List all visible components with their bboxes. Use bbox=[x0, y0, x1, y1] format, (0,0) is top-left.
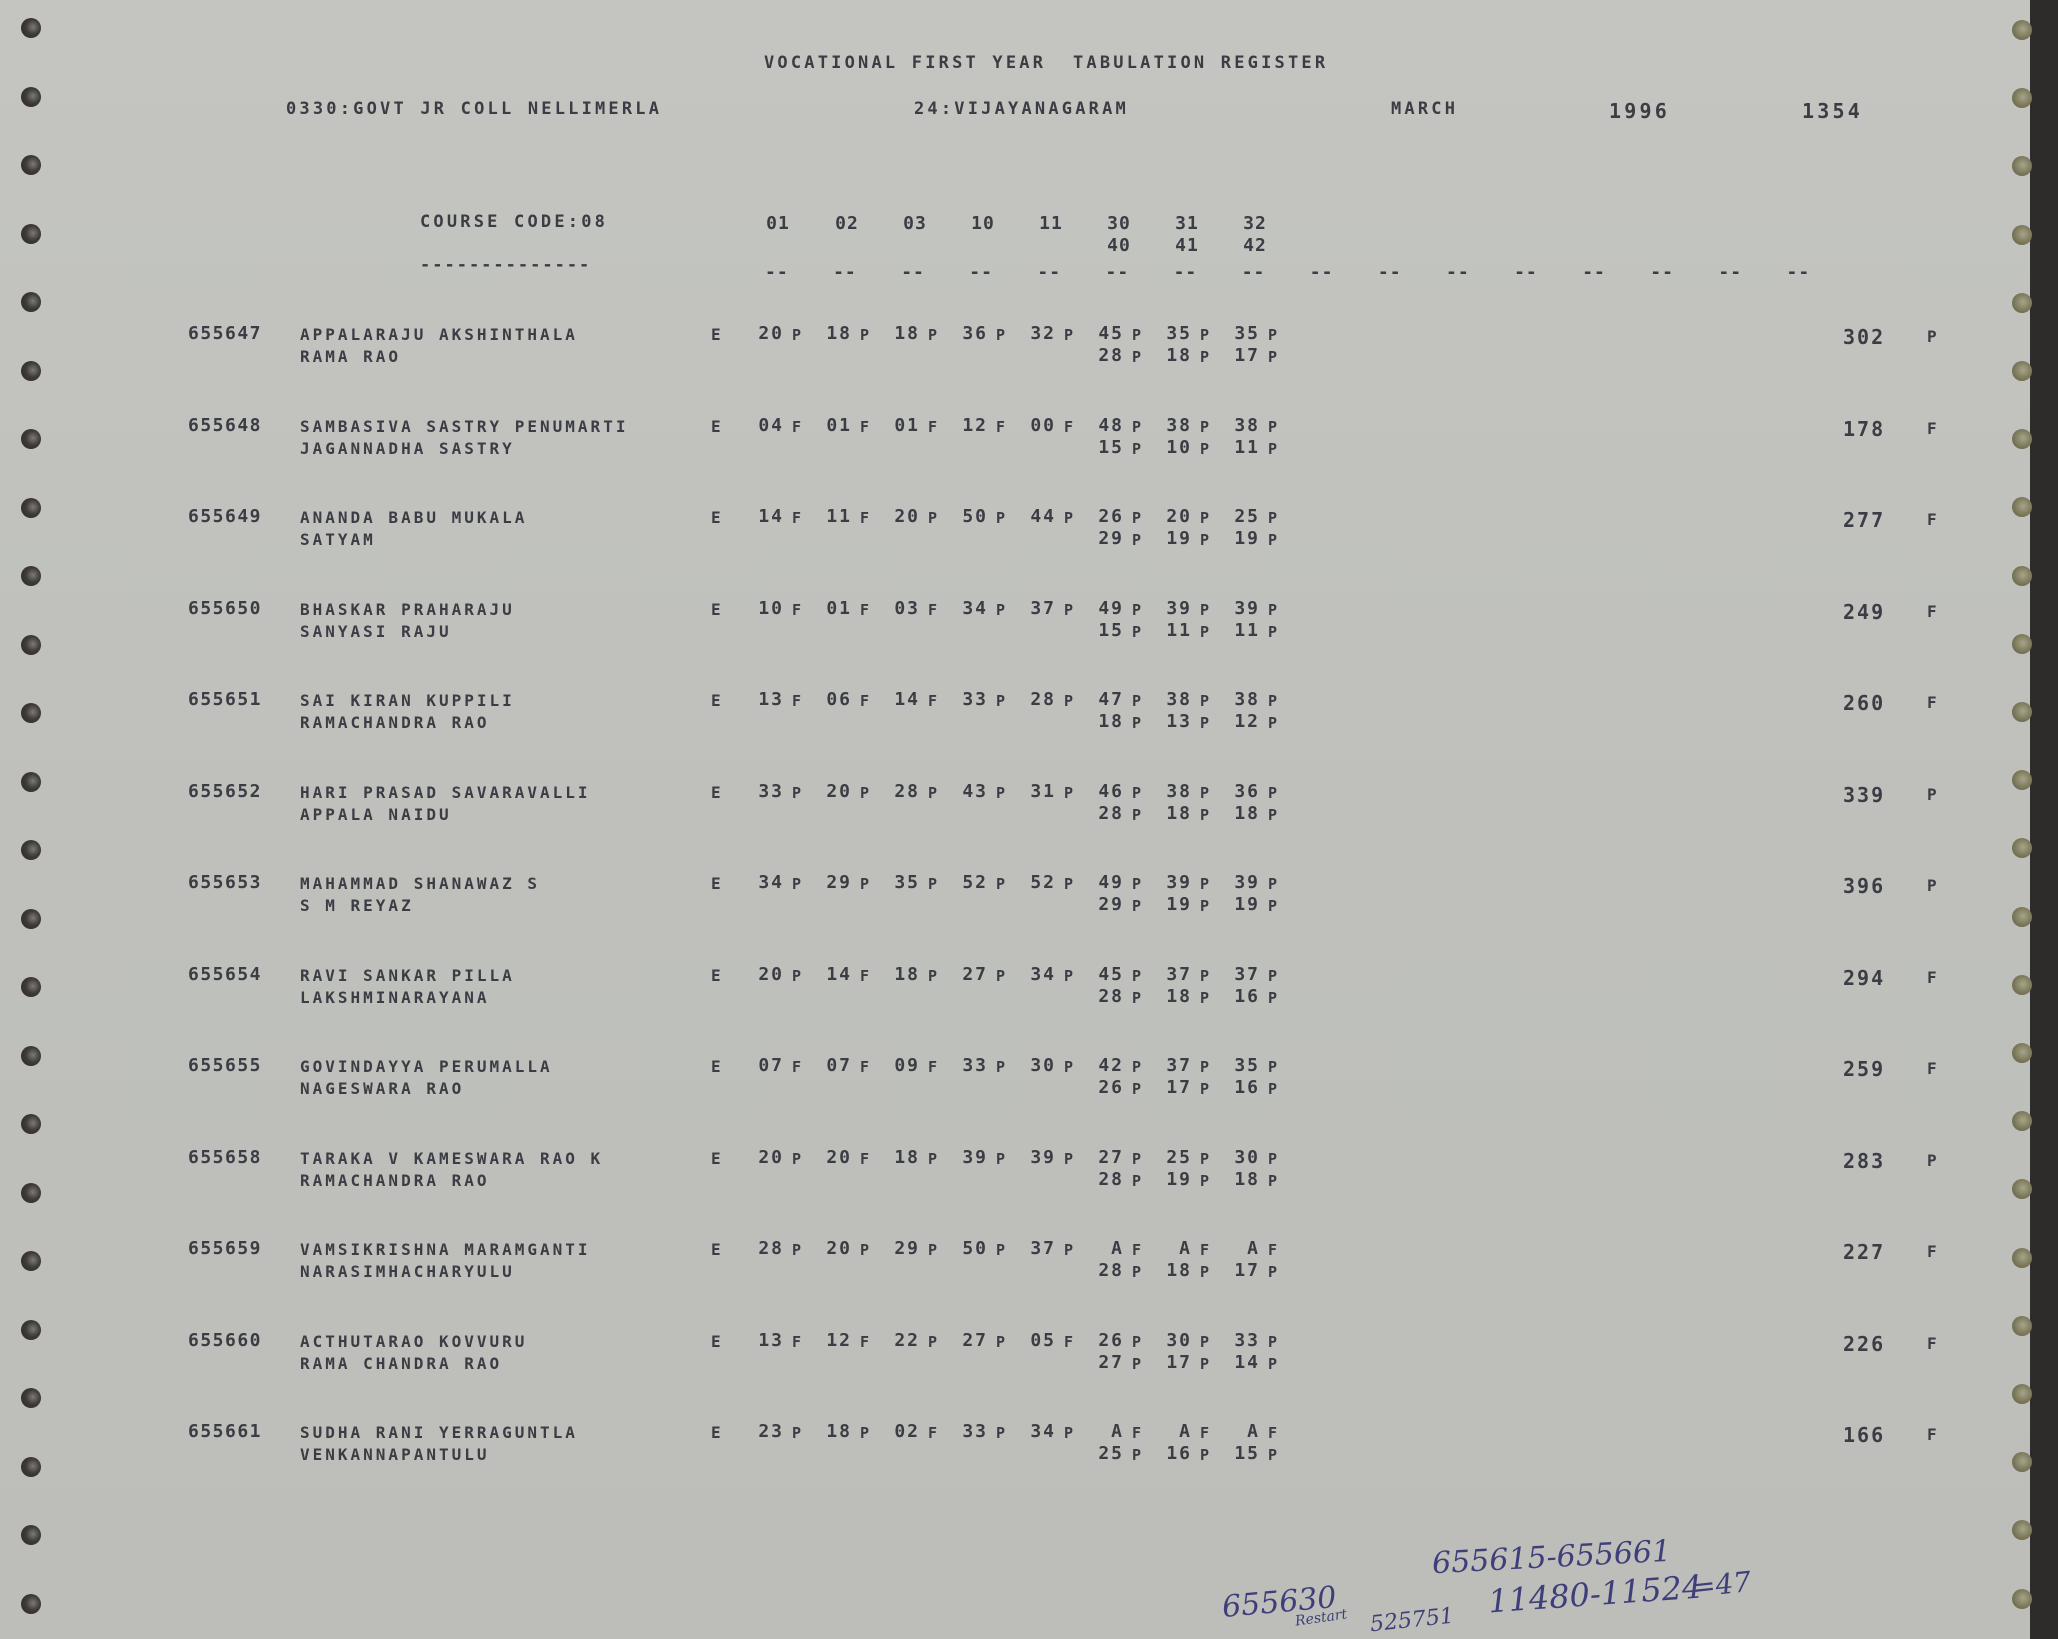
subject-status: F bbox=[1200, 1424, 1209, 1442]
subject-status: P bbox=[792, 1424, 801, 1442]
student-name: VAMSIKRISHNA MARAMGANTI bbox=[300, 1240, 591, 1259]
subject-mark-second: 19 bbox=[1156, 1169, 1192, 1190]
subject-mark-second: 16 bbox=[1156, 1443, 1192, 1464]
punch-hole-icon bbox=[2012, 566, 2032, 586]
subject-mark-second: 16 bbox=[1224, 986, 1260, 1007]
subject-status: P bbox=[1064, 601, 1073, 619]
subject-status: P bbox=[860, 1424, 869, 1442]
total-marks: 227 bbox=[1843, 1240, 1885, 1264]
total-marks: 260 bbox=[1843, 691, 1885, 715]
subject-status-second: P bbox=[1268, 348, 1277, 366]
subject-status-second: P bbox=[1268, 1172, 1277, 1190]
punch-hole-icon bbox=[21, 566, 41, 586]
subject-mark: 43 bbox=[952, 781, 988, 802]
subject-status: F bbox=[792, 1058, 801, 1076]
subject-mark-second: 15 bbox=[1088, 620, 1124, 641]
subject-status: P bbox=[1200, 509, 1209, 527]
parent-name: RAMACHANDRA RAO bbox=[300, 1171, 490, 1190]
roll-number: 655655 bbox=[188, 1055, 262, 1076]
subject-status: P bbox=[1064, 326, 1073, 344]
subject-status: F bbox=[1132, 1424, 1141, 1442]
column-separator-dash: -- bbox=[1037, 262, 1061, 283]
subject-status: P bbox=[1132, 601, 1141, 619]
subject-mark: 20 bbox=[748, 964, 784, 985]
student-row: 655651SAI KIRAN KUPPILIRAMACHANDRA RAOE1… bbox=[0, 689, 2030, 749]
subject-status-second: P bbox=[1132, 1172, 1141, 1190]
student-name: TARAKA V KAMESWARA RAO K bbox=[300, 1149, 603, 1168]
subject-status: P bbox=[792, 1150, 801, 1168]
subject-mark: 36 bbox=[1224, 781, 1260, 802]
subject-status: P bbox=[1200, 1333, 1209, 1351]
subject-mark: 47 bbox=[1088, 689, 1124, 710]
subject-mark-second: 18 bbox=[1156, 345, 1192, 366]
subject-mark: 32 bbox=[1020, 323, 1056, 344]
subject-status: F bbox=[928, 601, 937, 619]
subject-status: F bbox=[928, 1424, 937, 1442]
subject-mark: 01 bbox=[816, 598, 852, 619]
subject-mark-second: 16 bbox=[1224, 1077, 1260, 1098]
subject-mark-second: 19 bbox=[1224, 894, 1260, 915]
result-status: F bbox=[1927, 419, 1937, 438]
student-name: SAI KIRAN KUPPILI bbox=[300, 691, 515, 710]
subject-mark: A bbox=[1156, 1238, 1192, 1259]
student-name: APPALARAJU AKSHINTHALA bbox=[300, 325, 578, 344]
column-separator-dash: -- bbox=[1106, 262, 1130, 283]
subject-status: F bbox=[928, 418, 937, 436]
subject-mark: 18 bbox=[884, 323, 920, 344]
subject-status-second: P bbox=[1132, 714, 1141, 732]
punch-hole-icon bbox=[21, 155, 41, 175]
result-status: F bbox=[1927, 1242, 1937, 1261]
column-separator-dash: -- bbox=[1787, 262, 1811, 283]
subject-status: P bbox=[996, 1150, 1005, 1168]
exam-month: MARCH bbox=[1391, 99, 1458, 119]
subject-status: F bbox=[1064, 1333, 1073, 1351]
subject-mark-second: 28 bbox=[1088, 803, 1124, 824]
subject-mark-second: 11 bbox=[1224, 620, 1260, 641]
student-name: ANANDA BABU MUKALA bbox=[300, 508, 527, 527]
subject-status-second: P bbox=[1132, 806, 1141, 824]
column-separator-dash: -- bbox=[833, 262, 857, 283]
roll-number: 655652 bbox=[188, 781, 262, 802]
subject-status: F bbox=[1132, 1241, 1141, 1259]
course-code-underline: -------------- bbox=[420, 255, 591, 275]
student-row: 655660ACTHUTARAO KOVVURURAMA CHANDRA RAO… bbox=[0, 1330, 2030, 1390]
subject-status: P bbox=[928, 1150, 937, 1168]
subject-status: P bbox=[860, 875, 869, 893]
subject-status-second: P bbox=[1200, 348, 1209, 366]
subject-mark-second: 11 bbox=[1156, 620, 1192, 641]
subject-mark: 12 bbox=[816, 1330, 852, 1351]
subject-status: P bbox=[1064, 1150, 1073, 1168]
student-name: BHASKAR PRAHARAJU bbox=[300, 600, 515, 619]
subject-status: P bbox=[996, 601, 1005, 619]
exam-type: E bbox=[711, 1423, 721, 1442]
column-separator-dash: -- bbox=[901, 262, 925, 283]
subject-code-second-line: 42 bbox=[1235, 235, 1275, 256]
subject-mark: 39 bbox=[1020, 1147, 1056, 1168]
subject-mark-second: 14 bbox=[1224, 1352, 1260, 1373]
subject-mark: 34 bbox=[748, 872, 784, 893]
subject-mark-second: 18 bbox=[1156, 986, 1192, 1007]
subject-mark: 39 bbox=[1156, 872, 1192, 893]
subject-status: P bbox=[1064, 1424, 1073, 1442]
subject-mark: 33 bbox=[748, 781, 784, 802]
subject-mark-second: 27 bbox=[1088, 1352, 1124, 1373]
subject-mark: 26 bbox=[1088, 1330, 1124, 1351]
subject-mark: 49 bbox=[1088, 872, 1124, 893]
column-separator-dash: -- bbox=[1242, 262, 1266, 283]
exam-year: 1996 bbox=[1609, 99, 1670, 123]
subject-status: P bbox=[1132, 784, 1141, 802]
result-status: P bbox=[1927, 876, 1937, 895]
subject-mark-second: 15 bbox=[1088, 437, 1124, 458]
student-name: ACTHUTARAO KOVVURU bbox=[300, 1332, 527, 1351]
subject-mark-second: 11 bbox=[1224, 437, 1260, 458]
subject-status-second: P bbox=[1268, 897, 1277, 915]
subject-mark-second: 17 bbox=[1224, 345, 1260, 366]
subject-status: P bbox=[1200, 326, 1209, 344]
subject-status: F bbox=[928, 692, 937, 710]
subject-mark-second: 19 bbox=[1224, 528, 1260, 549]
subject-status: P bbox=[792, 1241, 801, 1259]
exam-type: E bbox=[711, 1057, 721, 1076]
subject-mark: 35 bbox=[1156, 323, 1192, 344]
subject-status: P bbox=[996, 326, 1005, 344]
subject-status: F bbox=[996, 418, 1005, 436]
result-status: F bbox=[1927, 510, 1937, 529]
student-row: 655647APPALARAJU AKSHINTHALARAMA RAOE20P… bbox=[0, 323, 2030, 383]
subject-status: F bbox=[860, 1150, 869, 1168]
total-marks: 249 bbox=[1843, 600, 1885, 624]
subject-mark: 34 bbox=[1020, 964, 1056, 985]
exam-type: E bbox=[711, 325, 721, 344]
subject-mark: 50 bbox=[952, 1238, 988, 1259]
subject-status: P bbox=[1200, 418, 1209, 436]
subject-status-second: P bbox=[1200, 714, 1209, 732]
subject-status: P bbox=[1268, 784, 1277, 802]
subject-code-second-line: 41 bbox=[1167, 235, 1207, 256]
subject-status-second: P bbox=[1132, 897, 1141, 915]
subject-mark: 35 bbox=[884, 872, 920, 893]
subject-mark: 20 bbox=[816, 1147, 852, 1168]
subject-status: P bbox=[1064, 1241, 1073, 1259]
subject-mark: 07 bbox=[816, 1055, 852, 1076]
subject-mark: 18 bbox=[816, 323, 852, 344]
page-number: 1354 bbox=[1802, 99, 1863, 123]
subject-status-second: P bbox=[1132, 1446, 1141, 1464]
punch-hole-icon bbox=[21, 292, 41, 312]
subject-mark: 05 bbox=[1020, 1330, 1056, 1351]
punch-hole-icon bbox=[21, 1388, 41, 1408]
college-name: 0330:GOVT JR COLL NELLIMERLA bbox=[286, 99, 662, 119]
subject-mark: 38 bbox=[1224, 415, 1260, 436]
subject-mark-second: 12 bbox=[1224, 711, 1260, 732]
parent-name: RAMA CHANDRA RAO bbox=[300, 1354, 502, 1373]
result-status: F bbox=[1927, 968, 1937, 987]
punch-hole-icon bbox=[2012, 225, 2032, 245]
subject-status: F bbox=[860, 509, 869, 527]
subject-status-second: P bbox=[1200, 1446, 1209, 1464]
result-status: P bbox=[1927, 1151, 1937, 1170]
roll-number: 655661 bbox=[188, 1421, 262, 1442]
exam-type: E bbox=[711, 508, 721, 527]
subject-mark: 34 bbox=[952, 598, 988, 619]
subject-mark-second: 10 bbox=[1156, 437, 1192, 458]
subject-mark: 35 bbox=[1224, 323, 1260, 344]
subject-status: F bbox=[792, 601, 801, 619]
roll-number: 655654 bbox=[188, 964, 262, 985]
subject-status-second: P bbox=[1200, 1172, 1209, 1190]
subject-mark-second: 29 bbox=[1088, 528, 1124, 549]
subject-status-second: P bbox=[1200, 1355, 1209, 1373]
punch-hole-icon bbox=[21, 87, 41, 107]
subject-status-second: P bbox=[1268, 1355, 1277, 1373]
subject-mark-second: 18 bbox=[1088, 711, 1124, 732]
column-separator-dash: -- bbox=[765, 262, 789, 283]
result-status: F bbox=[1927, 602, 1937, 621]
subject-mark-second: 28 bbox=[1088, 1260, 1124, 1281]
student-row: 655654RAVI SANKAR PILLALAKSHMINARAYANAE2… bbox=[0, 964, 2030, 1024]
subject-status: P bbox=[1200, 1058, 1209, 1076]
subject-mark-second: 17 bbox=[1156, 1352, 1192, 1373]
subject-code: 03 bbox=[895, 213, 935, 234]
subject-status: F bbox=[860, 1333, 869, 1351]
subject-status: F bbox=[860, 1058, 869, 1076]
punch-hole-icon bbox=[21, 1594, 41, 1614]
subject-status-second: P bbox=[1200, 1080, 1209, 1098]
subject-status: F bbox=[1268, 1424, 1277, 1442]
subject-status: P bbox=[928, 967, 937, 985]
subject-mark: 18 bbox=[816, 1421, 852, 1442]
subject-mark: 22 bbox=[884, 1330, 920, 1351]
subject-status-second: P bbox=[1200, 989, 1209, 1007]
subject-mark: 20 bbox=[748, 1147, 784, 1168]
subject-status: P bbox=[1200, 692, 1209, 710]
punch-hole-icon bbox=[2012, 1589, 2032, 1609]
roll-number: 655658 bbox=[188, 1147, 262, 1168]
roll-number: 655651 bbox=[188, 689, 262, 710]
subject-mark: 39 bbox=[952, 1147, 988, 1168]
subject-mark: 37 bbox=[1156, 964, 1192, 985]
subject-mark: 28 bbox=[1020, 689, 1056, 710]
subject-mark: 20 bbox=[1156, 506, 1192, 527]
subject-status: P bbox=[1268, 1333, 1277, 1351]
subject-mark-second: 18 bbox=[1156, 803, 1192, 824]
subject-status: P bbox=[996, 784, 1005, 802]
result-status: F bbox=[1927, 693, 1937, 712]
student-row: 655655GOVINDAYYA PERUMALLANAGESWARA RAOE… bbox=[0, 1055, 2030, 1115]
subject-mark: 26 bbox=[1088, 506, 1124, 527]
subject-mark: 44 bbox=[1020, 506, 1056, 527]
subject-status: P bbox=[1268, 692, 1277, 710]
subject-status-second: P bbox=[1132, 623, 1141, 641]
result-status: P bbox=[1927, 327, 1937, 346]
exam-type: E bbox=[711, 1332, 721, 1351]
subject-mark: 33 bbox=[952, 1055, 988, 1076]
subject-status: P bbox=[860, 326, 869, 344]
subject-status: P bbox=[860, 784, 869, 802]
subject-status: P bbox=[1132, 1150, 1141, 1168]
subject-status: P bbox=[1132, 967, 1141, 985]
result-status: F bbox=[1927, 1425, 1937, 1444]
subject-mark: 01 bbox=[816, 415, 852, 436]
subject-mark: 30 bbox=[1224, 1147, 1260, 1168]
subject-status-second: P bbox=[1200, 897, 1209, 915]
column-separator-dash: -- bbox=[969, 262, 993, 283]
subject-mark: 37 bbox=[1224, 964, 1260, 985]
subject-status: F bbox=[792, 692, 801, 710]
subject-mark: 38 bbox=[1156, 415, 1192, 436]
parent-name: APPALA NAIDU bbox=[300, 805, 452, 824]
subject-status: P bbox=[996, 1058, 1005, 1076]
subject-status-second: P bbox=[1132, 989, 1141, 1007]
subject-status: P bbox=[1132, 692, 1141, 710]
subject-mark: 06 bbox=[816, 689, 852, 710]
subject-code: 30 bbox=[1099, 213, 1139, 234]
total-marks: 283 bbox=[1843, 1149, 1885, 1173]
subject-mark: 07 bbox=[748, 1055, 784, 1076]
subject-status-second: P bbox=[1200, 440, 1209, 458]
subject-status-second: P bbox=[1268, 714, 1277, 732]
subject-mark-second: 19 bbox=[1156, 894, 1192, 915]
subject-status: F bbox=[860, 692, 869, 710]
subject-status: P bbox=[1064, 509, 1073, 527]
punch-hole-icon bbox=[2012, 20, 2032, 40]
exam-type: E bbox=[711, 417, 721, 436]
column-separator-dash: -- bbox=[1310, 262, 1334, 283]
subject-status: P bbox=[1064, 1058, 1073, 1076]
subject-mark: 49 bbox=[1088, 598, 1124, 619]
subject-mark: 37 bbox=[1156, 1055, 1192, 1076]
subject-mark-second: 18 bbox=[1224, 1169, 1260, 1190]
subject-mark: 28 bbox=[884, 781, 920, 802]
subject-mark-second: 29 bbox=[1088, 894, 1124, 915]
exam-type: E bbox=[711, 691, 721, 710]
subject-status: P bbox=[792, 784, 801, 802]
subject-status: P bbox=[928, 875, 937, 893]
parent-name: NARASIMHACHARYULU bbox=[300, 1262, 515, 1281]
total-marks: 302 bbox=[1843, 325, 1885, 349]
subject-mark: A bbox=[1088, 1421, 1124, 1442]
subject-mark: 34 bbox=[1020, 1421, 1056, 1442]
subject-mark: 39 bbox=[1224, 872, 1260, 893]
punch-hole-icon bbox=[21, 224, 41, 244]
punch-hole-icon bbox=[21, 840, 41, 860]
subject-status: P bbox=[928, 326, 937, 344]
subject-status: P bbox=[860, 1241, 869, 1259]
course-code-label: COURSE CODE:08 bbox=[420, 212, 608, 232]
subject-mark: 09 bbox=[884, 1055, 920, 1076]
total-marks: 259 bbox=[1843, 1057, 1885, 1081]
subject-mark: 10 bbox=[748, 598, 784, 619]
column-separator-dash: -- bbox=[1174, 262, 1198, 283]
student-row: 655650BHASKAR PRAHARAJUSANYASI RAJUE10F0… bbox=[0, 598, 2030, 658]
subject-status: P bbox=[928, 784, 937, 802]
parent-name: S M REYAZ bbox=[300, 896, 414, 915]
sheet-edge-shadow bbox=[2030, 0, 2058, 1639]
student-row: 655658TARAKA V KAMESWARA RAO KRAMACHANDR… bbox=[0, 1147, 2030, 1207]
subject-mark: 23 bbox=[748, 1421, 784, 1442]
column-separator-dash: -- bbox=[1650, 262, 1674, 283]
subject-code: 31 bbox=[1167, 213, 1207, 234]
subject-status-second: P bbox=[1268, 440, 1277, 458]
subject-status-second: P bbox=[1268, 623, 1277, 641]
subject-mark: 37 bbox=[1020, 1238, 1056, 1259]
subject-status: F bbox=[860, 418, 869, 436]
subject-status: P bbox=[1200, 1150, 1209, 1168]
subject-status: P bbox=[1268, 1150, 1277, 1168]
subject-status: F bbox=[1200, 1241, 1209, 1259]
punch-hole-icon bbox=[21, 1525, 41, 1545]
column-separator-dash: -- bbox=[1378, 262, 1402, 283]
subject-code-second-line: 40 bbox=[1099, 235, 1139, 256]
exam-type: E bbox=[711, 600, 721, 619]
subject-mark: 39 bbox=[1224, 598, 1260, 619]
subject-status: F bbox=[792, 418, 801, 436]
roll-number: 655659 bbox=[188, 1238, 262, 1259]
column-separator-dash: -- bbox=[1514, 262, 1538, 283]
subject-status: P bbox=[1064, 967, 1073, 985]
subject-status: P bbox=[1132, 418, 1141, 436]
subject-mark: 30 bbox=[1156, 1330, 1192, 1351]
subject-mark: 25 bbox=[1224, 506, 1260, 527]
subject-status: P bbox=[996, 1333, 1005, 1351]
subject-mark: 11 bbox=[816, 506, 852, 527]
subject-status-second: P bbox=[1268, 531, 1277, 549]
exam-type: E bbox=[711, 966, 721, 985]
subject-mark-second: 17 bbox=[1156, 1077, 1192, 1098]
student-name: SUDHA RANI YERRAGUNTLA bbox=[300, 1423, 578, 1442]
subject-mark: 00 bbox=[1020, 415, 1056, 436]
subject-status: P bbox=[1132, 1058, 1141, 1076]
subject-mark: 37 bbox=[1020, 598, 1056, 619]
subject-mark-second: 17 bbox=[1224, 1260, 1260, 1281]
student-row: 655652HARI PRASAD SAVARAVALLIAPPALA NAID… bbox=[0, 781, 2030, 841]
subject-status: F bbox=[860, 601, 869, 619]
subject-status: P bbox=[1268, 601, 1277, 619]
subject-mark: 29 bbox=[816, 872, 852, 893]
subject-mark: 27 bbox=[952, 1330, 988, 1351]
subject-mark-second: 26 bbox=[1088, 1077, 1124, 1098]
subject-status: P bbox=[1132, 326, 1141, 344]
total-marks: 396 bbox=[1843, 874, 1885, 898]
subject-mark-second: 15 bbox=[1224, 1443, 1260, 1464]
subject-status: F bbox=[1268, 1241, 1277, 1259]
subject-mark: 14 bbox=[884, 689, 920, 710]
parent-name: SATYAM bbox=[300, 530, 376, 549]
student-row: 655648SAMBASIVA SASTRY PENUMARTIJAGANNAD… bbox=[0, 415, 2030, 475]
subject-mark: 14 bbox=[748, 506, 784, 527]
subject-code: 11 bbox=[1031, 213, 1071, 234]
subject-mark: 45 bbox=[1088, 964, 1124, 985]
subject-mark: 20 bbox=[816, 781, 852, 802]
subject-status: P bbox=[1268, 418, 1277, 436]
subject-status: P bbox=[1200, 784, 1209, 802]
subject-status: P bbox=[1268, 967, 1277, 985]
result-status: P bbox=[1927, 785, 1937, 804]
subject-status: P bbox=[928, 509, 937, 527]
subject-mark: 38 bbox=[1224, 689, 1260, 710]
subject-status-second: P bbox=[1200, 531, 1209, 549]
subject-mark: 28 bbox=[748, 1238, 784, 1259]
register-title: VOCATIONAL FIRST YEAR TABULATION REGISTE… bbox=[764, 53, 1328, 73]
exam-type: E bbox=[711, 783, 721, 802]
subject-mark-second: 28 bbox=[1088, 345, 1124, 366]
result-status: F bbox=[1927, 1334, 1937, 1353]
subject-status: P bbox=[996, 1241, 1005, 1259]
subject-code: 01 bbox=[758, 213, 798, 234]
